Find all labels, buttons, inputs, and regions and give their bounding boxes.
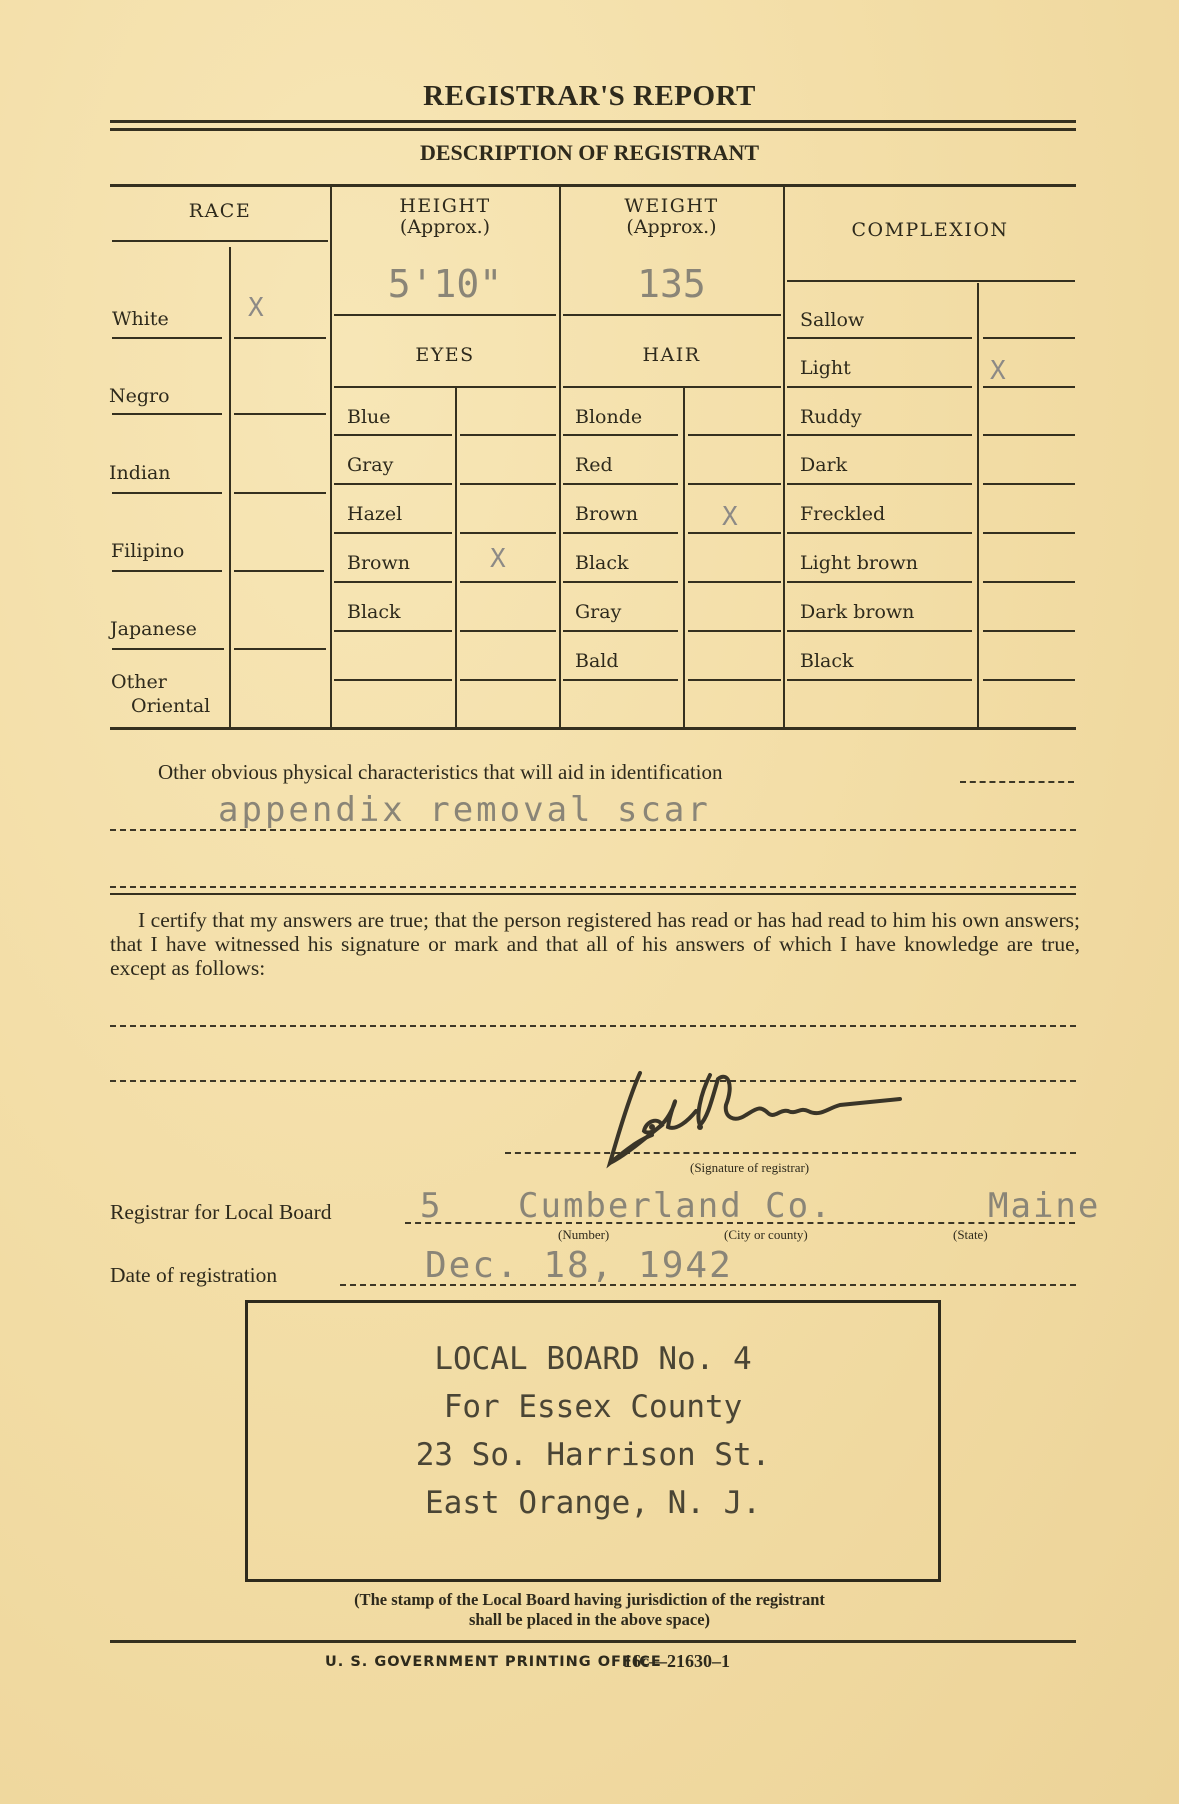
exceptions-line-1[interactable]: [110, 1025, 1076, 1027]
row-rule: [563, 581, 678, 583]
weight-label: WEIGHT: [561, 196, 782, 217]
row-rule: [787, 679, 972, 681]
state-caption: (State): [953, 1227, 988, 1243]
row-rule: [460, 532, 556, 534]
row-rule: [787, 532, 972, 534]
race-white-label: White: [112, 308, 169, 330]
race-other-line1: Other: [111, 670, 210, 694]
signature-scribble-icon: [600, 1065, 930, 1175]
printer-credit: U. S. GOVERNMENT PRINTING OFFICE: [325, 1654, 662, 1670]
row-rule: [983, 679, 1075, 681]
stamp-caption: (The stamp of the Local Board having jur…: [0, 1590, 1179, 1630]
complexion-header: COMPLEXION: [785, 219, 1075, 241]
signature-caption: (Signature of registrar): [690, 1160, 809, 1176]
row-rule: [563, 679, 678, 681]
complexion-ruddy-label: Ruddy: [800, 406, 862, 428]
title-rule-bottom: [110, 128, 1076, 131]
eyes-brown-label: Brown: [347, 552, 410, 574]
stamp-text: LOCAL BOARD No. 4 For Essex County 23 So…: [248, 1303, 938, 1527]
complexion-dark-brown-label: Dark brown: [800, 601, 914, 623]
local-board-city[interactable]: Cumberland Co.: [518, 1186, 833, 1226]
row-rule: [460, 581, 556, 583]
form-number: 16c—21630–1: [623, 1651, 730, 1672]
row-rule: [787, 630, 972, 632]
eyes-header: EYES: [332, 344, 558, 366]
row-rule: [688, 630, 781, 632]
eyes-black-label: Black: [347, 601, 401, 623]
row-rule: [234, 570, 324, 572]
hair-red-label: Red: [575, 454, 613, 476]
row-rule: [787, 483, 972, 485]
row-rule: [460, 679, 556, 681]
eyes-blue-label: Blue: [347, 406, 391, 428]
registrar-signature[interactable]: [600, 1065, 930, 1175]
height-value[interactable]: 5'10": [332, 262, 558, 306]
height-rule: [334, 314, 556, 316]
hair-mark-divider: [683, 388, 685, 727]
row-rule: [112, 492, 222, 494]
stamp-caption-line-2: shall be placed in the above space): [0, 1610, 1179, 1630]
characteristics-prompt: Other obvious physical characteristics t…: [158, 760, 723, 784]
height-label: HEIGHT: [332, 196, 558, 217]
row-rule: [234, 492, 326, 494]
race-negro-label: Negro: [109, 385, 170, 407]
row-rule: [983, 434, 1075, 436]
row-rule: [112, 337, 222, 339]
hair-header-rule: [563, 386, 781, 388]
row-rule: [563, 483, 678, 485]
race-header: RACE: [112, 200, 328, 222]
local-board-stamp-box: LOCAL BOARD No. 4 For Essex County 23 So…: [245, 1300, 941, 1582]
height-header: HEIGHT (Approx.): [332, 196, 558, 238]
complexion-dark-label: Dark: [800, 454, 847, 476]
row-rule: [688, 581, 781, 583]
local-board-label: Registrar for Local Board: [110, 1200, 332, 1224]
row-rule: [787, 337, 972, 339]
row-rule: [460, 434, 556, 436]
col-divider: [783, 186, 785, 727]
stamp-line-1: LOCAL BOARD No. 4: [248, 1335, 938, 1383]
row-rule: [234, 337, 326, 339]
row-rule: [688, 483, 781, 485]
row-rule: [688, 434, 781, 436]
complexion-header-rule: [787, 280, 1075, 282]
local-board-number[interactable]: 5: [420, 1186, 440, 1226]
characteristics-line-2[interactable]: [110, 886, 1076, 888]
characteristics-leader: [960, 781, 1074, 783]
section-rule: [110, 893, 1076, 895]
eyes-gray-label: Gray: [347, 454, 393, 476]
eyes-brown-mark[interactable]: X: [490, 544, 506, 574]
row-rule: [334, 532, 452, 534]
hair-brown-label: Brown: [575, 503, 638, 525]
hair-blonde-label: Blonde: [575, 406, 642, 428]
row-rule: [334, 434, 452, 436]
race-other-line2: Oriental: [111, 694, 210, 718]
row-rule: [787, 581, 972, 583]
registrars-report-card: REGISTRAR'S REPORT DESCRIPTION OF REGIST…: [0, 0, 1179, 1804]
row-rule: [563, 630, 678, 632]
row-rule: [334, 581, 452, 583]
characteristics-line-1[interactable]: [110, 829, 1076, 831]
row-rule: [112, 648, 224, 650]
row-rule: [688, 532, 781, 534]
complexion-freckled-label: Freckled: [800, 503, 885, 525]
race-mark-divider: [229, 247, 231, 727]
row-rule: [112, 570, 222, 572]
eyes-header-rule: [334, 386, 556, 388]
race-header-rule: [112, 240, 328, 242]
eyes-mark-divider: [455, 388, 457, 727]
hair-black-label: Black: [575, 552, 629, 574]
footer-rule: [110, 1640, 1076, 1643]
section-subtitle: DESCRIPTION OF REGISTRANT: [0, 140, 1179, 166]
row-rule: [787, 434, 972, 436]
row-rule: [563, 532, 678, 534]
registration-date-label: Date of registration: [110, 1263, 277, 1287]
eyes-hazel-label: Hazel: [347, 503, 402, 525]
race-japanese-label: Japanese: [110, 618, 197, 640]
number-caption: (Number): [558, 1227, 609, 1243]
city-caption: (City or county): [724, 1227, 808, 1243]
row-rule: [234, 413, 326, 415]
height-sublabel: (Approx.): [332, 217, 558, 238]
row-rule: [983, 532, 1075, 534]
race-white-mark[interactable]: X: [248, 293, 264, 323]
table-bottom-border: [110, 727, 1076, 730]
title-rule-top: [110, 120, 1076, 123]
row-rule: [334, 630, 452, 632]
hair-header: HAIR: [561, 344, 782, 366]
weight-value[interactable]: 135: [561, 262, 782, 306]
complexion-light-brown-label: Light brown: [800, 552, 918, 574]
row-rule: [983, 337, 1075, 339]
row-rule: [787, 386, 972, 388]
stamp-line-4: East Orange, N. J.: [248, 1479, 938, 1527]
complexion-sallow-label: Sallow: [800, 309, 864, 331]
hair-bald-label: Bald: [575, 650, 619, 672]
row-rule: [983, 483, 1075, 485]
row-rule: [234, 648, 326, 650]
row-rule: [460, 483, 556, 485]
table-top-border: [110, 184, 1076, 187]
race-indian-label: Indian: [109, 462, 171, 484]
row-rule: [983, 581, 1075, 583]
registration-date-value[interactable]: Dec. 18, 1942: [425, 1245, 733, 1286]
stamp-line-2: For Essex County: [248, 1383, 938, 1431]
row-rule: [112, 413, 222, 415]
row-rule: [983, 386, 1075, 388]
weight-sublabel: (Approx.): [561, 217, 782, 238]
characteristics-value[interactable]: appendix removal scar: [218, 790, 711, 830]
stamp-line-3: 23 So. Harrison St.: [248, 1431, 938, 1479]
certification-text: I certify that my answers are true; that…: [110, 908, 1080, 980]
hair-gray-label: Gray: [575, 601, 621, 623]
row-rule: [983, 630, 1075, 632]
row-rule: [334, 679, 452, 681]
row-rule: [688, 679, 781, 681]
race-other-oriental-label: Other Oriental: [111, 670, 210, 718]
stamp-caption-line-1: (The stamp of the Local Board having jur…: [0, 1590, 1179, 1610]
local-board-state[interactable]: Maine: [988, 1186, 1100, 1226]
complexion-light-mark[interactable]: X: [990, 356, 1006, 386]
row-rule: [563, 434, 678, 436]
row-rule: [460, 630, 556, 632]
race-filipino-label: Filipino: [111, 540, 184, 562]
weight-header: WEIGHT (Approx.): [561, 196, 782, 238]
complexion-mark-divider: [977, 283, 979, 727]
complexion-light-label: Light: [800, 357, 851, 379]
exceptions-line-2[interactable]: [110, 1080, 1076, 1082]
weight-rule: [563, 314, 781, 316]
complexion-black-label: Black: [800, 650, 854, 672]
page-title: REGISTRAR'S REPORT: [0, 80, 1179, 113]
row-rule: [334, 483, 452, 485]
hair-brown-mark[interactable]: X: [722, 502, 738, 532]
